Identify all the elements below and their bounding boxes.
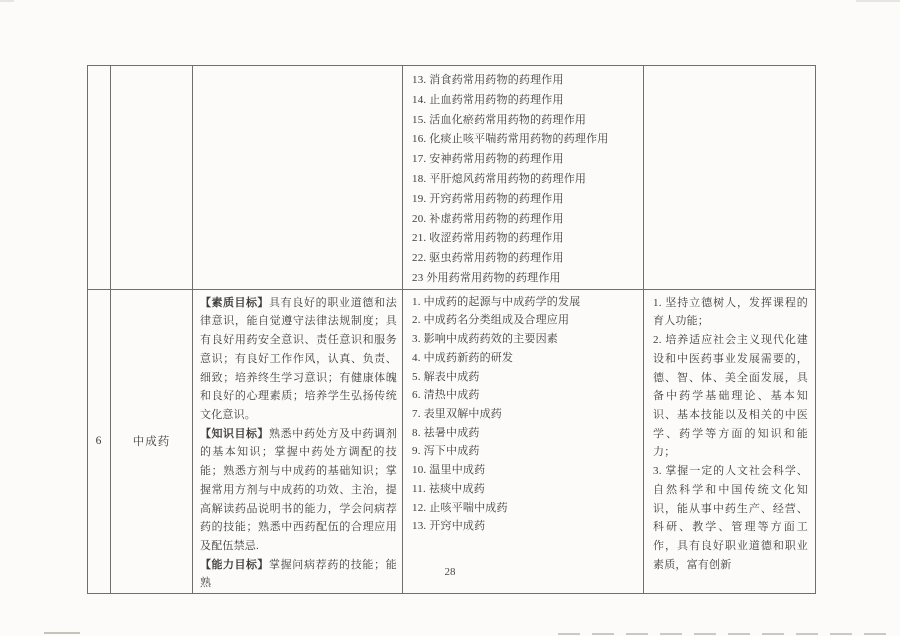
objective-label: 【素质目标】 <box>200 297 269 309</box>
content-item: 23 外用药常用药物的药理作用 <box>412 269 637 289</box>
course-goals-cell: 1. 坚持立德树人，发挥课程的育人功能；2. 培养适应社会主义现代化建设和中医药… <box>644 289 816 593</box>
scan-artifact-bottom-right <box>558 633 893 635</box>
objective-paragraph: 【知识目标】熟悉中药处方及中药调剂的基本知识；掌握中药处方调配的技能；熟悉方剂与… <box>200 425 397 556</box>
row-index: 6 <box>88 435 110 447</box>
scan-artifact-top-right <box>856 0 900 2</box>
course-goals-list: 1. 坚持立德树人，发挥课程的育人功能；2. 培养适应社会主义现代化建设和中医药… <box>644 290 815 575</box>
content-item: 10. 温里中成药 <box>412 461 637 480</box>
teaching-content-cell: 1. 中成药的起源与中成药学的发展2. 中成药名分类组成及合理应用3. 影响中成… <box>403 289 644 593</box>
empty-objectives-cell <box>193 66 403 290</box>
scan-artifact-top-left <box>0 0 14 2</box>
content-item: 17. 安神药常用药物的药理作用 <box>412 150 637 170</box>
content-item: 21. 收涩药常用药物的药理作用 <box>412 229 637 249</box>
objectives-paragraphs: 【素质目标】具有良好的职业道德和法律意识，能自觉遵守法律法规制度；具有良好用药安… <box>193 290 402 593</box>
curriculum-table: 13. 消食药常用药物的药理作用14. 止血药常用药物的药理作用15. 活血化瘀… <box>87 65 816 594</box>
content-item: 11. 祛痰中成药 <box>412 480 637 499</box>
table-row-6: 6 中成药 【素质目标】具有良好的职业道德和法律意识，能自觉遵守法律法规制度；具… <box>88 289 816 593</box>
teaching-content-cell-continuation: 13. 消食药常用药物的药理作用14. 止血药常用药物的药理作用15. 活血化瘀… <box>403 66 644 290</box>
table-row-continuation: 13. 消食药常用药物的药理作用14. 止血药常用药物的药理作用15. 活血化瘀… <box>88 66 816 290</box>
content-item: 19. 开窍药常用药物的药理作用 <box>412 190 637 210</box>
content-item: 18. 平肝熄风药常用药物的药理作用 <box>412 170 637 190</box>
objective-paragraph: 【素质目标】具有良好的职业道德和法律意识，能自觉遵守法律法规制度；具有良好用药安… <box>200 294 397 425</box>
empty-index-cell <box>88 66 111 290</box>
content-item: 3. 影响中成药药效的主要因素 <box>412 330 637 349</box>
objectives-cell: 【素质目标】具有良好的职业道德和法律意识，能自觉遵守法律法规制度；具有良好用药安… <box>193 289 403 593</box>
content-item: 9. 泻下中成药 <box>412 442 637 461</box>
row-index-cell: 6 <box>88 289 111 593</box>
content-item: 16. 化痰止咳平喘药常用药物的药理作用 <box>412 130 637 150</box>
content-item: 22. 驱虫药常用药物的药理作用 <box>412 249 637 269</box>
zhongchengyao-content-list: 1. 中成药的起源与中成药学的发展2. 中成药名分类组成及合理应用3. 影响中成… <box>403 290 643 536</box>
content-item: 13. 开窍中成药 <box>412 517 637 536</box>
scan-artifact-bottom-left <box>44 632 80 634</box>
content-item: 7. 表里双解中成药 <box>412 405 637 424</box>
content-item: 1. 中成药的起源与中成药学的发展 <box>412 293 637 312</box>
goal-paragraph: 3. 掌握一定的人文社会科学、自然科学和中国传统文化知识，能从事中药生产、经营、… <box>653 462 808 574</box>
content-item: 20. 补虚药常用药物的药理作用 <box>412 210 637 230</box>
empty-goals-cell <box>644 66 816 290</box>
content-item: 6. 清热中成药 <box>412 386 637 405</box>
module-name-cell: 中成药 <box>111 289 193 593</box>
content-item: 4. 中成药新药的研发 <box>412 349 637 368</box>
content-item: 14. 止血药常用药物的药理作用 <box>412 91 637 111</box>
goal-paragraph: 2. 培养适应社会主义现代化建设和中医药事业发展需要的，德、智、体、美全面发展，… <box>653 331 808 462</box>
content-item: 13. 消食药常用药物的药理作用 <box>412 71 637 91</box>
content-item: 15. 活血化瘀药常用药物的药理作用 <box>412 111 637 131</box>
content-item: 2. 中成药名分类组成及合理应用 <box>412 311 637 330</box>
empty-module-cell <box>111 66 193 290</box>
objective-label: 【知识目标】 <box>200 428 269 440</box>
module-name: 中成药 <box>111 433 192 449</box>
pharmacology-content-list: 13. 消食药常用药物的药理作用14. 止血药常用药物的药理作用15. 活血化瘀… <box>403 66 643 289</box>
page-number: 28 <box>0 566 900 578</box>
goal-paragraph: 1. 坚持立德树人，发挥课程的育人功能； <box>653 294 808 331</box>
content-item: 5. 解表中成药 <box>412 368 637 387</box>
content-item: 8. 祛暑中成药 <box>412 424 637 443</box>
content-item: 12. 止咳平喘中成药 <box>412 499 637 518</box>
